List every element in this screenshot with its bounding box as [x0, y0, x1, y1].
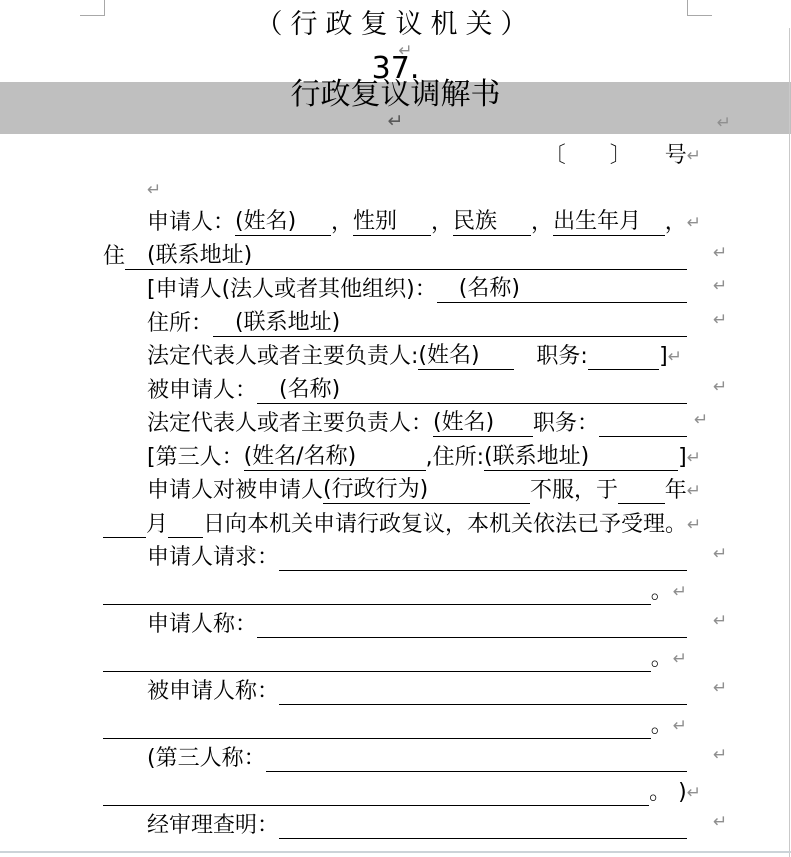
- applicant-statement-blank[interactable]: 。↵: [0, 638, 791, 672]
- doc-text: [申请人(法人或者其他组织)：: [147, 277, 437, 303]
- doc-text: 被申请人称：: [147, 679, 279, 705]
- doc-text: ，: [531, 210, 553, 236]
- document-body: （行政复议机关）↵37.行政复议调解书↵↵〔 〕 号↵↵申请人：(姓名)，性别，…: [0, 12, 791, 839]
- blank-field[interactable]: (联系地址): [213, 310, 687, 337]
- doc-text: ，: [331, 210, 353, 236]
- blank-field[interactable]: [103, 712, 651, 739]
- paragraph-mark-icon: ↵: [687, 780, 701, 806]
- doc-text: 法定代表人或者主要负责人:: [147, 344, 418, 370]
- document-page[interactable]: （行政复议机关）↵37.行政复议调解书↵↵〔 〕 号↵↵申请人：(姓名)，性别，…: [0, 0, 791, 857]
- doc-text: (第三人称：: [147, 746, 266, 772]
- applicant-request-line[interactable]: 申请人请求： ↵: [0, 538, 791, 572]
- doc-text: 法定代表人或者主要负责人：: [147, 411, 433, 437]
- doc-text: 申请人请求：: [147, 545, 279, 571]
- blank-field[interactable]: (姓名): [418, 343, 514, 370]
- third-party-statement-blank[interactable]: 。 )↵: [0, 772, 791, 806]
- doc-text: 职务:: [514, 344, 587, 370]
- paragraph-mark-icon: ↵: [713, 608, 727, 634]
- third-party-line[interactable]: [第三人：(姓名/名称),住所:(联系地址)]↵: [0, 437, 791, 471]
- blank-field[interactable]: [103, 645, 651, 672]
- case-intro-line-2[interactable]: 月 日向本机关申请行政复议，本机关依法已予受理。↵: [0, 504, 791, 538]
- doc-text: 申请人对被申请人: [147, 478, 323, 504]
- blank-field[interactable]: [168, 511, 203, 538]
- blank-field[interactable]: [266, 745, 687, 772]
- paragraph-mark-icon: ↵: [713, 273, 727, 299]
- doc-text: （行政复议机关）: [0, 12, 791, 38]
- doc-text: 月: [146, 512, 168, 538]
- paragraph-mark-icon: ↵: [717, 110, 731, 136]
- doc-text: 住所：: [147, 311, 213, 337]
- doc-text: 。: [651, 713, 673, 739]
- paragraph-mark-icon: ↵: [687, 445, 701, 471]
- doc-text: 。: [651, 646, 673, 672]
- respondent-line[interactable]: 被申请人： (名称)↵: [0, 370, 791, 404]
- doc-text: [第三人：: [147, 445, 244, 471]
- doc-text: 住: [103, 244, 125, 270]
- case-intro-line-1[interactable]: 申请人对被申请人(行政行为)不服，于 年↵: [0, 471, 791, 505]
- paragraph-mark-icon: ↵: [147, 177, 161, 203]
- paragraph-mark-icon: ↵: [713, 675, 727, 701]
- blank-field[interactable]: (姓名/名称): [244, 444, 426, 471]
- doc-text: 申请人称：: [147, 612, 257, 638]
- org-legal-rep-line[interactable]: 法定代表人或者主要负责人:(姓名) 职务: ]↵: [0, 337, 791, 371]
- blank-field[interactable]: [103, 779, 649, 806]
- paragraph-mark-icon: ↵: [694, 407, 708, 433]
- heading-title[interactable]: 37.行政复议调解书↵: [0, 56, 791, 102]
- paragraph-mark-icon: ↵: [673, 713, 687, 739]
- heading-org[interactable]: （行政复议机关）↵: [0, 12, 791, 56]
- empty-line-indent[interactable]: ↵: [0, 169, 791, 203]
- paragraph-mark-icon: ↵: [713, 307, 727, 333]
- doc-text: 年: [665, 478, 687, 504]
- text-boundary-mark-top-right-icon: [687, 0, 712, 16]
- blank-field[interactable]: (联系地址): [125, 243, 687, 270]
- blank-field[interactable]: [103, 578, 651, 605]
- doc-text: 申请人：: [147, 210, 235, 236]
- page-edge-bottom: [0, 851, 791, 853]
- respondent-statement-blank[interactable]: 。↵: [0, 705, 791, 739]
- applicant-statement-line[interactable]: 申请人称： ↵: [0, 605, 791, 639]
- blank-field[interactable]: 民族: [453, 209, 531, 236]
- text-boundary-mark-top-left-icon: [80, 0, 105, 16]
- paragraph-mark-icon: ↵: [713, 541, 727, 567]
- blank-field[interactable]: 出生年月: [553, 209, 665, 236]
- blank-field[interactable]: [588, 343, 659, 370]
- paragraph-mark-icon: ↵: [713, 809, 727, 835]
- doc-text: 被申请人：: [147, 378, 257, 404]
- blank-field[interactable]: (名称): [437, 276, 687, 303]
- applicant-request-blank[interactable]: 。↵: [0, 571, 791, 605]
- paragraph-mark-icon: ↵: [673, 646, 687, 672]
- findings-line[interactable]: 经审理查明： ↵: [0, 806, 791, 840]
- blank-field[interactable]: [618, 477, 665, 504]
- doc-text: ]: [678, 445, 687, 471]
- doc-text: ]: [659, 344, 668, 370]
- org-applicant-line[interactable]: [申请人(法人或者其他组织)： (名称)↵: [0, 270, 791, 304]
- paragraph-mark-icon: ↵: [687, 143, 701, 169]
- paragraph-mark-icon: ↵: [668, 344, 682, 370]
- doc-text: ，: [665, 210, 687, 236]
- doc-text: ，: [431, 210, 453, 236]
- respondent-legal-rep-line[interactable]: 法定代表人或者主要负责人：(姓名)职务： ↵: [0, 404, 791, 438]
- blank-field[interactable]: (行政行为): [323, 477, 530, 504]
- blank-field[interactable]: (名称): [257, 377, 687, 404]
- org-residence-line[interactable]: 住所： (联系地址)↵: [0, 303, 791, 337]
- blank-field[interactable]: [599, 410, 687, 437]
- doc-text: 。: [651, 579, 673, 605]
- blank-field[interactable]: [279, 678, 687, 705]
- doc-text: 职务：: [533, 411, 599, 437]
- respondent-statement-line[interactable]: 被申请人称： ↵: [0, 672, 791, 706]
- paragraph-mark-icon: ↵: [713, 240, 727, 266]
- paragraph-mark-icon: ↵: [687, 478, 701, 504]
- blank-field[interactable]: [279, 812, 687, 839]
- doc-text: ,住所:: [426, 445, 484, 471]
- paragraph-mark-icon: ↵: [687, 210, 701, 236]
- doc-number-line[interactable]: 〔 〕 号↵: [0, 136, 791, 170]
- blank-field[interactable]: [257, 611, 687, 638]
- paragraph-mark-icon: ↵: [687, 512, 701, 538]
- blank-field[interactable]: 性别: [353, 209, 431, 236]
- paragraph-mark-icon: ↵: [673, 579, 687, 605]
- doc-text: 日向本机关申请行政复议，本机关依法已予受理。: [203, 512, 687, 538]
- paragraph-mark-icon: ↵: [713, 742, 727, 768]
- blank-field[interactable]: (联系地址): [484, 444, 678, 471]
- third-party-statement-line[interactable]: (第三人称： ↵: [0, 739, 791, 773]
- doc-text: 不服，于: [530, 478, 618, 504]
- blank-field[interactable]: [103, 511, 146, 538]
- doc-text: 〔 〕 号: [544, 143, 687, 169]
- doc-text: 。 ): [649, 780, 687, 806]
- paragraph-mark-icon: ↵: [713, 374, 727, 400]
- empty-line-right[interactable]: ↵: [0, 102, 791, 136]
- blank-field[interactable]: (姓名): [235, 209, 331, 236]
- blank-field[interactable]: (姓名): [433, 410, 533, 437]
- doc-text: 经审理查明：: [147, 813, 279, 839]
- blank-field[interactable]: [279, 544, 687, 571]
- applicant-address-line[interactable]: 住 (联系地址)↵: [0, 236, 791, 270]
- applicant-line[interactable]: 申请人：(姓名)，性别，民族，出生年月，↵: [0, 203, 791, 237]
